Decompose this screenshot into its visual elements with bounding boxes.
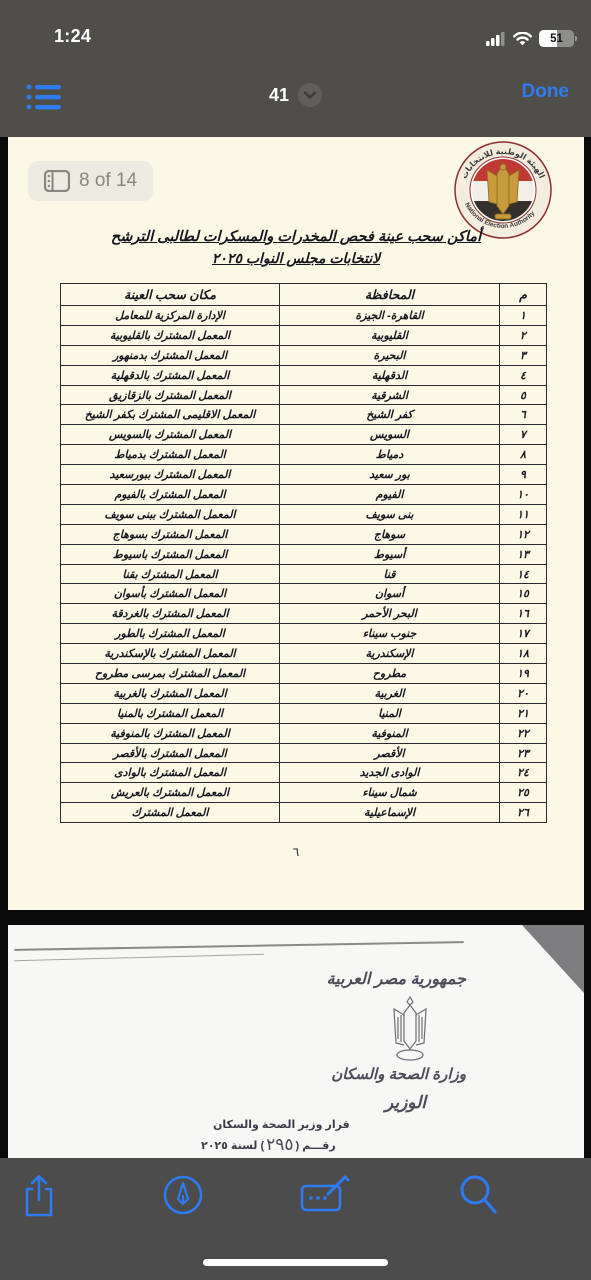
scan-artifact-line <box>14 941 464 951</box>
search-icon <box>458 1174 498 1216</box>
cell-location: المعمل المشترك بالغردقة <box>61 604 280 624</box>
signature-icon <box>300 1174 352 1218</box>
cell-location: المعمل المشترك بالدقهلية <box>61 365 280 385</box>
cell-governorate: الإسكندرية <box>280 644 500 664</box>
cell-governorate: البحيرة <box>280 345 500 365</box>
cell-governorate: المنوفية <box>280 723 500 743</box>
battery-percent: 51 <box>550 33 563 45</box>
table-row: ١٢ سوهاج المعمل المشترك بسوهاج <box>61 524 547 544</box>
scan-artifact-line <box>14 954 264 962</box>
cell-num: ٢٣ <box>500 743 547 763</box>
status-icons: 51 <box>486 30 577 47</box>
cell-location: المعمل المشترك بالأقصر <box>61 743 280 763</box>
home-indicator[interactable] <box>203 1259 388 1266</box>
cell-governorate: المنيا <box>280 703 500 723</box>
table-row: ١٨ الإسكندرية المعمل المشترك بالإسكندرية <box>61 644 547 664</box>
cell-location: المعمل المشترك بسوهاج <box>61 524 280 544</box>
table-row: ١٣ أسيوط المعمل المشترك باسيوط <box>61 544 547 564</box>
cell-location: المعمل المشترك <box>61 803 280 823</box>
pdf-page-next: جمهورية مصر العربية وزارة الصحة والسكان … <box>8 925 584 1158</box>
markup-pen-icon <box>162 1174 204 1216</box>
page-count-badge: 8 of 14 <box>28 161 153 201</box>
document-scroll-area[interactable]: 8 of 14 <box>0 137 591 1158</box>
page-picker-button[interactable] <box>298 83 322 107</box>
fill-and-sign-button[interactable] <box>300 1174 352 1221</box>
cell-location: المعمل المشترك بالسويس <box>61 425 280 445</box>
cell-location: المعمل المشترك ببورسعيد <box>61 465 280 485</box>
table-row: ٢٢ المنوفية المعمل المشترك بالمنوفية <box>61 723 547 743</box>
cell-location: المعمل المشترك بالعريش <box>61 783 280 803</box>
cell-governorate: جنوب سيناء <box>280 624 500 644</box>
cell-governorate: شمال سيناء <box>280 783 500 803</box>
cell-location: المعمل المشترك بأسوان <box>61 584 280 604</box>
cell-governorate: سوهاج <box>280 524 500 544</box>
status-time: 1:24 <box>54 26 91 47</box>
cell-governorate: الشرقية <box>280 385 500 405</box>
cell-num: ١٨ <box>500 644 547 664</box>
table-row: ٢١ المنيا المعمل المشترك بالمنيا <box>61 703 547 723</box>
cell-governorate: الأقصر <box>280 743 500 763</box>
table-row: ١ القاهرة- الجيزة الإدارة المركزية للمعا… <box>61 306 547 326</box>
cell-location: المعمل المشترك بالطور <box>61 624 280 644</box>
scan-corner-fold <box>522 925 584 993</box>
cell-num: ٧ <box>500 425 547 445</box>
cell-governorate: القليوبية <box>280 325 500 345</box>
cell-location: المعمل المشترك بالغربية <box>61 683 280 703</box>
cell-governorate: القاهرة- الجيزة <box>280 306 500 326</box>
cell-governorate: الفيوم <box>280 485 500 505</box>
table-row: ٧ السويس المعمل المشترك بالسويس <box>61 425 547 445</box>
battery-cap <box>575 36 577 41</box>
republic-calligraphy: جمهورية مصر العربية <box>327 969 466 989</box>
cell-num: ١٤ <box>500 564 547 584</box>
chevron-down-icon <box>304 91 316 99</box>
cell-num: ٢٥ <box>500 783 547 803</box>
minister-calligraphy: الوزير <box>385 1093 426 1113</box>
pages-icon <box>44 170 70 192</box>
cell-location: الإدارة المركزية للمعامل <box>61 306 280 326</box>
cell-location: المعمل المشترك بدمياط <box>61 445 280 465</box>
cell-num: ١٥ <box>500 584 547 604</box>
cell-governorate: السويس <box>280 425 500 445</box>
table-row: ٩ بور سعيد المعمل المشترك ببورسعيد <box>61 465 547 485</box>
table-row: ٤ الدقهلية المعمل المشترك بالدقهلية <box>61 365 547 385</box>
table-row: ٢٦ الإسماعيلية المعمل المشترك <box>61 803 547 823</box>
share-button[interactable] <box>22 1174 56 1221</box>
document-title: أماكن سحب عينة فحص المخدرات والمسكرات لط… <box>8 229 584 267</box>
cell-num: ١١ <box>500 504 547 524</box>
cell-num: ٦ <box>500 405 547 425</box>
cell-governorate: قنا <box>280 564 500 584</box>
table-row: ١٠ الفيوم المعمل المشترك بالفيوم <box>61 485 547 505</box>
cell-location: المعمل المشترك بالفيوم <box>61 485 280 505</box>
screen: 1:24 51 <box>0 0 591 1280</box>
cell-num: ٤ <box>500 365 547 385</box>
nav-bar: 41 Done <box>0 59 591 137</box>
cell-num: ٢٦ <box>500 803 547 823</box>
table-row: ١٦ البحر الأحمر المعمل المشترك بالغردقة <box>61 604 547 624</box>
cell-num: ٢١ <box>500 703 547 723</box>
cell-location: المعمل المشترك بالزقازيق <box>61 385 280 405</box>
egypt-eagle-emblem <box>374 993 446 1065</box>
table-row: ٥ الشرقية المعمل المشترك بالزقازيق <box>61 385 547 405</box>
header-location: مكان سحب العينة <box>61 284 280 306</box>
table-row: ١٩ مطروح المعمل المشترك بمرسى مطروح <box>61 664 547 684</box>
decree-number-suffix: ) لسنة ٢٠٢٥ <box>201 1139 264 1152</box>
table-row: ٣ البحيرة المعمل المشترك بدمنهور <box>61 345 547 365</box>
cell-num: ١٢ <box>500 524 547 544</box>
page-footer-number: ٦ <box>8 845 584 859</box>
table-row: ٢٠ الغربية المعمل المشترك بالغربية <box>61 683 547 703</box>
done-button[interactable]: Done <box>522 81 570 103</box>
header-num: م <box>500 284 547 306</box>
cell-location: المعمل المشترك بقنا <box>61 564 280 584</box>
cell-governorate: أسيوط <box>280 544 500 564</box>
cell-governorate: كفر الشيخ <box>280 405 500 425</box>
decree-number-line: رقـــم ( ٢٩٥ ) لسنة ٢٠٢٥ <box>201 1135 336 1155</box>
cell-num: ١٩ <box>500 664 547 684</box>
cell-governorate: البحر الأحمر <box>280 604 500 624</box>
cell-governorate: بنى سويف <box>280 504 500 524</box>
markup-button[interactable] <box>162 1174 204 1219</box>
table-row: ٨ دمياط المعمل المشترك بدمياط <box>61 445 547 465</box>
cellular-signal-icon <box>486 32 506 46</box>
cell-location: المعمل المشترك بدمنهور <box>61 345 280 365</box>
pdf-page-current: 8 of 14 <box>8 137 584 910</box>
cell-location: المعمل المشترك بالإسكندرية <box>61 644 280 664</box>
decree-number-prefix: رقـــم ( <box>296 1139 336 1152</box>
cell-num: ١٦ <box>500 604 547 624</box>
table-row: ٢٤ الوادى الجديد المعمل المشترك بالوادى <box>61 763 547 783</box>
status-bar: 1:24 51 <box>0 0 591 59</box>
sample-locations-table: م المحافظة مكان سحب العينة ١ القاهرة- ال… <box>60 283 547 823</box>
cell-num: ٢٠ <box>500 683 547 703</box>
cell-governorate: الغربية <box>280 683 500 703</box>
table-row: ١١ بنى سويف المعمل المشترك ببنى سويف <box>61 504 547 524</box>
document-title-line1: أماكن سحب عينة فحص المخدرات والمسكرات لط… <box>8 229 584 245</box>
cell-num: ٢٤ <box>500 763 547 783</box>
cell-num: ١٣ <box>500 544 547 564</box>
cell-num: ١٧ <box>500 624 547 644</box>
cell-governorate: بور سعيد <box>280 465 500 485</box>
cell-num: ٢ <box>500 325 547 345</box>
table-row: ٢٣ الأقصر المعمل المشترك بالأقصر <box>61 743 547 763</box>
cell-num: ٥ <box>500 385 547 405</box>
cell-location: المعمل المشترك باسيوط <box>61 544 280 564</box>
table-row: ١٤ قنا المعمل المشترك بقنا <box>61 564 547 584</box>
cell-governorate: أسوان <box>280 584 500 604</box>
cell-location: المعمل المشترك بالقليوبية <box>61 325 280 345</box>
header-governorate: المحافظة <box>280 284 500 306</box>
cell-location: المعمل المشترك بالوادى <box>61 763 280 783</box>
cell-num: ٣ <box>500 345 547 365</box>
cell-location: المعمل المشترك بمرسى مطروح <box>61 664 280 684</box>
table-row: ١٥ أسوان المعمل المشترك بأسوان <box>61 584 547 604</box>
table-row: ١٧ جنوب سيناء المعمل المشترك بالطور <box>61 624 547 644</box>
ministry-calligraphy: وزارة الصحة والسكان <box>331 1065 466 1083</box>
table-row: ٢٥ شمال سيناء المعمل المشترك بالعريش <box>61 783 547 803</box>
page-number-indicator: 41 <box>269 85 289 106</box>
cell-location: المعمل المشترك ببنى سويف <box>61 504 280 524</box>
page-select: 41 <box>0 83 591 107</box>
battery-icon: 51 <box>539 30 577 47</box>
decree-number-handwritten: ٢٩٥ <box>266 1135 293 1155</box>
top-chrome: 1:24 51 <box>0 0 591 137</box>
search-button[interactable] <box>458 1174 498 1219</box>
decree-title: قرار وزير الصحة والسكان <box>213 1118 350 1131</box>
cell-num: ١٠ <box>500 485 547 505</box>
cell-location: المعمل الاقليمى المشترك بكفر الشيخ <box>61 405 280 425</box>
cell-location: المعمل المشترك بالمنيا <box>61 703 280 723</box>
cell-num: ٢٢ <box>500 723 547 743</box>
table-header-row: م المحافظة مكان سحب العينة <box>61 284 547 306</box>
document-title-line2: لانتخابات مجلس النواب ٢٠٢٥ <box>8 250 584 267</box>
cell-governorate: دمياط <box>280 445 500 465</box>
cell-governorate: مطروح <box>280 664 500 684</box>
share-icon <box>22 1174 56 1218</box>
cell-governorate: الدقهلية <box>280 365 500 385</box>
table-row: ٦ كفر الشيخ المعمل الاقليمى المشترك بكفر… <box>61 405 547 425</box>
cell-num: ١ <box>500 306 547 326</box>
table-row: ٢ القليوبية المعمل المشترك بالقليوبية <box>61 325 547 345</box>
cell-governorate: الإسماعيلية <box>280 803 500 823</box>
wifi-icon <box>513 32 532 46</box>
page-count-label: 8 of 14 <box>79 170 137 192</box>
cell-num: ٩ <box>500 465 547 485</box>
cell-governorate: الوادى الجديد <box>280 763 500 783</box>
cell-num: ٨ <box>500 445 547 465</box>
cell-location: المعمل المشترك بالمنوفية <box>61 723 280 743</box>
